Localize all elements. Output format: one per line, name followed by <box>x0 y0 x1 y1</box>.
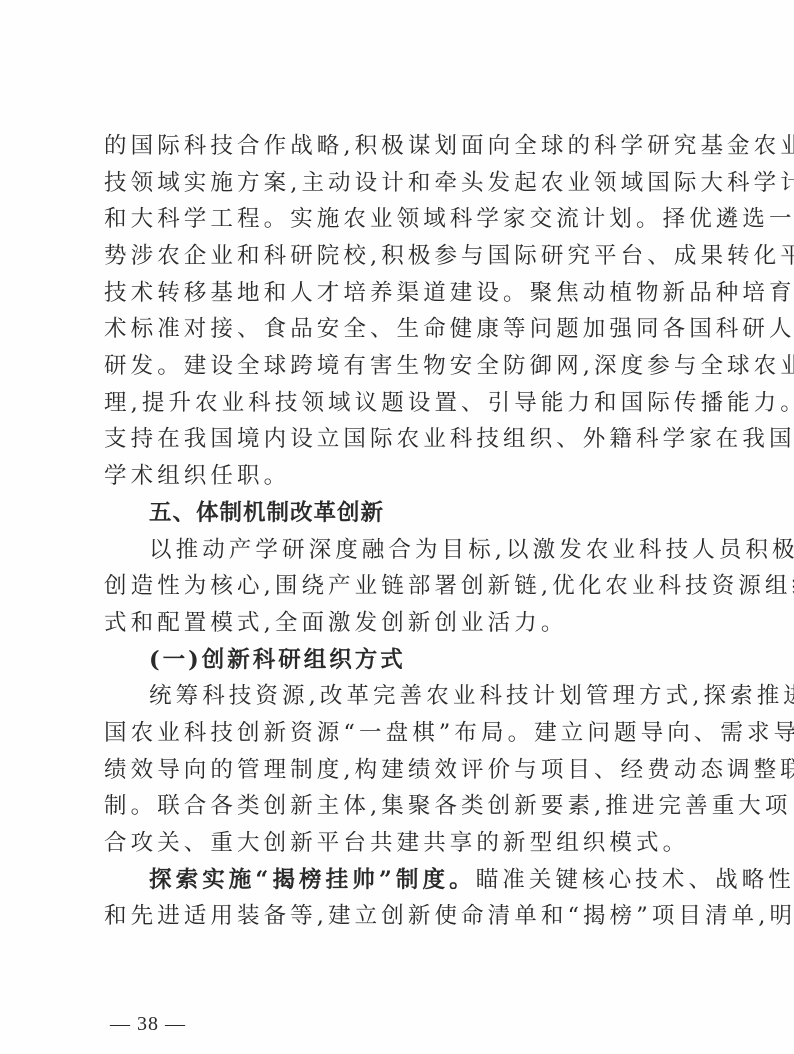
subsection-heading: (一)创新科研组织方式 <box>149 645 694 675</box>
subsection-body-line: 制。联合各类创新主体,集聚各类创新要素,推进完善重大项目联 <box>104 791 694 821</box>
body-line: 和大科学工程。实施农业领域科学家交流计划。择优遴选一批优 <box>104 204 694 234</box>
section-heading: 五、体制机制改革创新 <box>149 498 694 528</box>
section-intro-line: 创造性为核心,围绕产业链部署创新链,优化农业科技资源组织方 <box>104 571 694 601</box>
body-line: 研发。建设全球跨境有害生物安全防御网,深度参与全球农业治 <box>104 351 694 381</box>
body-line: 支持在我国境内设立国际农业科技组织、外籍科学家在我国科技 <box>104 424 694 454</box>
subsection-body-line: 合攻关、重大创新平台共建共享的新型组织模式。 <box>104 828 694 858</box>
jiebang-bold-lead: 探索实施“揭榜挂帅”制度。 <box>149 867 476 893</box>
body-line: 技领域实施方案,主动设计和牵头发起农业领域国际大科学计划 <box>104 168 694 198</box>
body-line: 势涉农企业和科研院校,积极参与国际研究平台、成果转化平台、 <box>104 241 694 271</box>
jiebang-rest: 瞄准关键核心技术、战略性产品 <box>476 867 794 893</box>
body-line: 技术转移基地和人才培养渠道建设。聚焦动植物新品种培育、技 <box>104 278 694 308</box>
section-intro-line: 以推动产学研深度融合为目标,以激发农业科技人员积极性 <box>149 535 694 565</box>
body-line: 的国际科技合作战略,积极谋划面向全球的科学研究基金农业科 <box>104 131 694 161</box>
subsection-body-line: 绩效导向的管理制度,构建绩效评价与项目、经费动态调整联动机 <box>104 755 694 785</box>
section-intro-line: 式和配置模式,全面激发创新创业活力。 <box>104 608 694 638</box>
body-line: 理,提升农业科技领域议题设置、引导能力和国际传播能力。引导 <box>104 388 694 418</box>
jiebang-paragraph-line: 探索实施“揭榜挂帅”制度。瞄准关键核心技术、战略性产品 <box>149 865 694 895</box>
body-line: 术标准对接、食品安全、生命健康等问题加强同各国科研人员联合 <box>104 314 694 344</box>
page-number: — 38 — <box>110 1013 186 1036</box>
document-page: 的国际科技合作战略,积极谋划面向全球的科学研究基金农业科 技领域实施方案,主动设… <box>0 0 794 1054</box>
body-line: 学术组织任职。 <box>104 461 694 491</box>
subsection-body-line: 国农业科技创新资源“一盘棋”布局。建立问题导向、需求导向和 <box>104 718 694 748</box>
subsection-body-line: 统筹科技资源,改革完善农业科技计划管理方式,探索推进全 <box>149 681 694 711</box>
jiebang-paragraph-line: 和先进适用装备等,建立创新使命清单和“揭榜”项目清单,明确 <box>104 901 694 931</box>
